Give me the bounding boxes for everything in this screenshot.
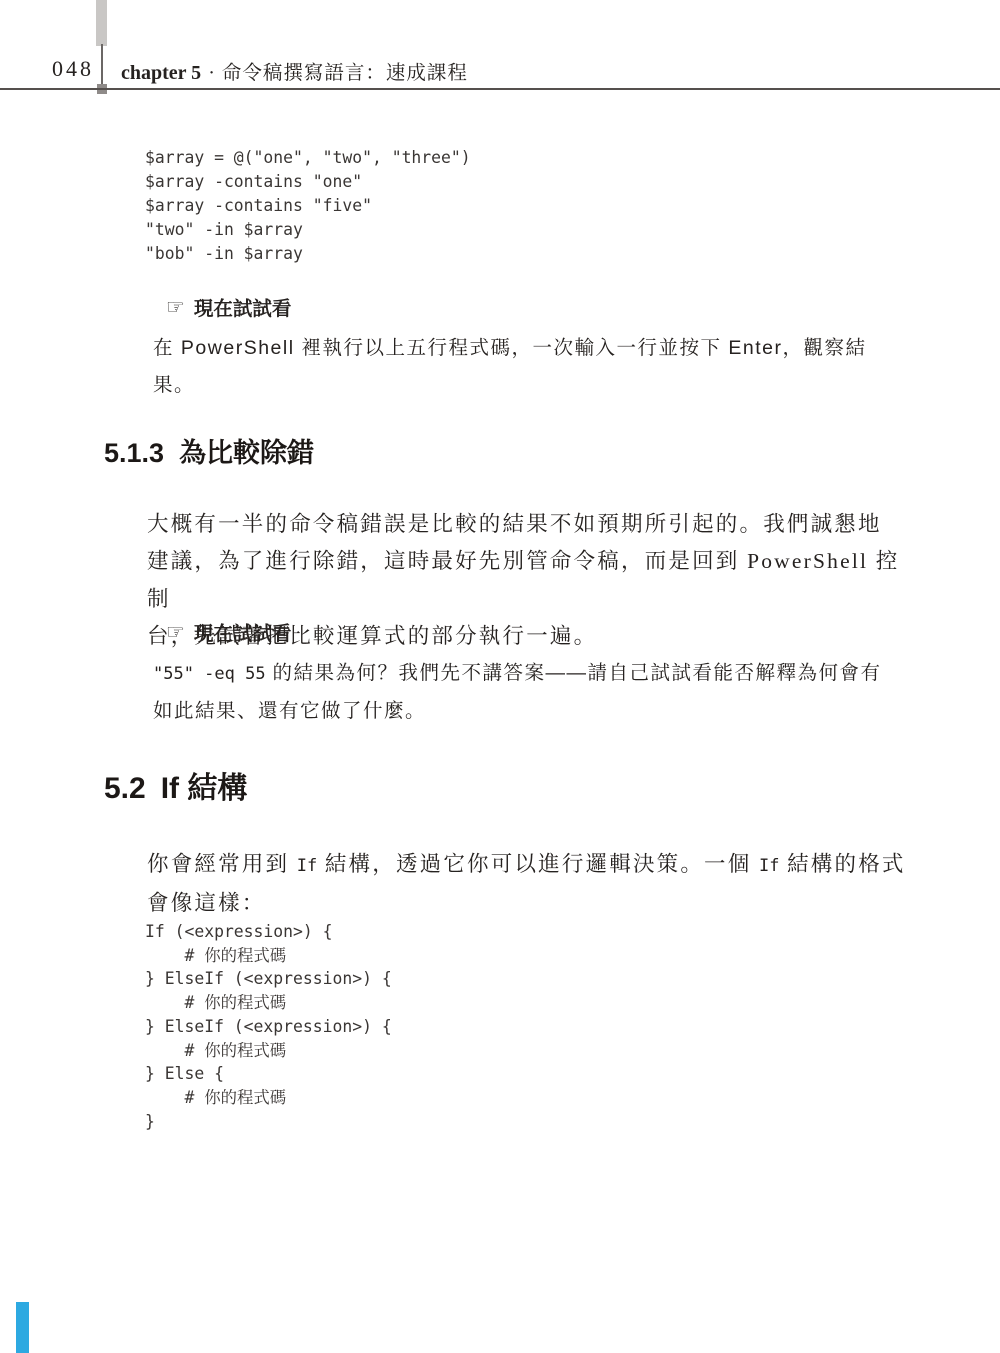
try-it-note-1-title-text: 現在試試看 (194, 293, 292, 321)
page-number: 048 (52, 56, 94, 82)
pointing-hand-icon: ☞ (166, 622, 185, 643)
try-it-note-1: ☞ 現在試試看 在 PowerShell 裡執行以上五行程式碼，一次輸入一行並按… (153, 293, 907, 404)
chapter-label: chapter 5 (121, 62, 201, 84)
section-heading-5-1-3: 5.1.3為比較除錯 (104, 431, 314, 470)
margin-tab-bar (96, 0, 107, 46)
try-it-note-2: ☞ 現在試試看 "55" -eq 55 的結果為何？我們先不講答案——請自己試試… (153, 618, 907, 730)
try-it-note-2-title-text: 現在試試看 (194, 618, 292, 646)
paragraph-5-2: 你會經常用到 If 結構，透過它你可以進行邏輯決策。一個 If 結構的格式會像這… (147, 846, 909, 923)
try-it-note-1-body: 在 PowerShell 裡執行以上五行程式碼，一次輸入一行並按下 Enter，… (153, 330, 907, 404)
code-listing-if-construct: If (<expression>) { # 你的程式碼 } ElseIf (<e… (145, 920, 392, 1133)
section-title: If 結構 (161, 772, 248, 805)
chapter-separator: · (208, 62, 215, 84)
try-it-note-2-body: "55" -eq 55 的結果為何？我們先不講答案——請自己試試看能否解釋為何會… (153, 655, 907, 730)
header-rule (0, 88, 1000, 90)
pointing-hand-icon: ☞ (166, 297, 185, 318)
chapter-title: 命令稿撰寫語言：速成課程 (222, 63, 468, 84)
section-number: 5.2 (104, 772, 146, 805)
try-it-note-2-title: ☞ 現在試試看 (153, 618, 907, 646)
try-it-note-1-title: ☞ 現在試試看 (153, 293, 907, 321)
page-edge-mark (16, 1302, 29, 1353)
code-listing-array-comparisons: $array = @("one", "two", "three") $array… (145, 146, 471, 266)
running-head: chapter 5·命令稿撰寫語言：速成課程 (121, 57, 468, 85)
section-heading-5-2: 5.2If 結構 (104, 763, 247, 807)
section-title: 為比較除錯 (179, 438, 314, 468)
section-number: 5.1.3 (104, 438, 164, 468)
book-page: 048 chapter 5·命令稿撰寫語言：速成課程 $array = @("o… (0, 0, 1000, 1353)
